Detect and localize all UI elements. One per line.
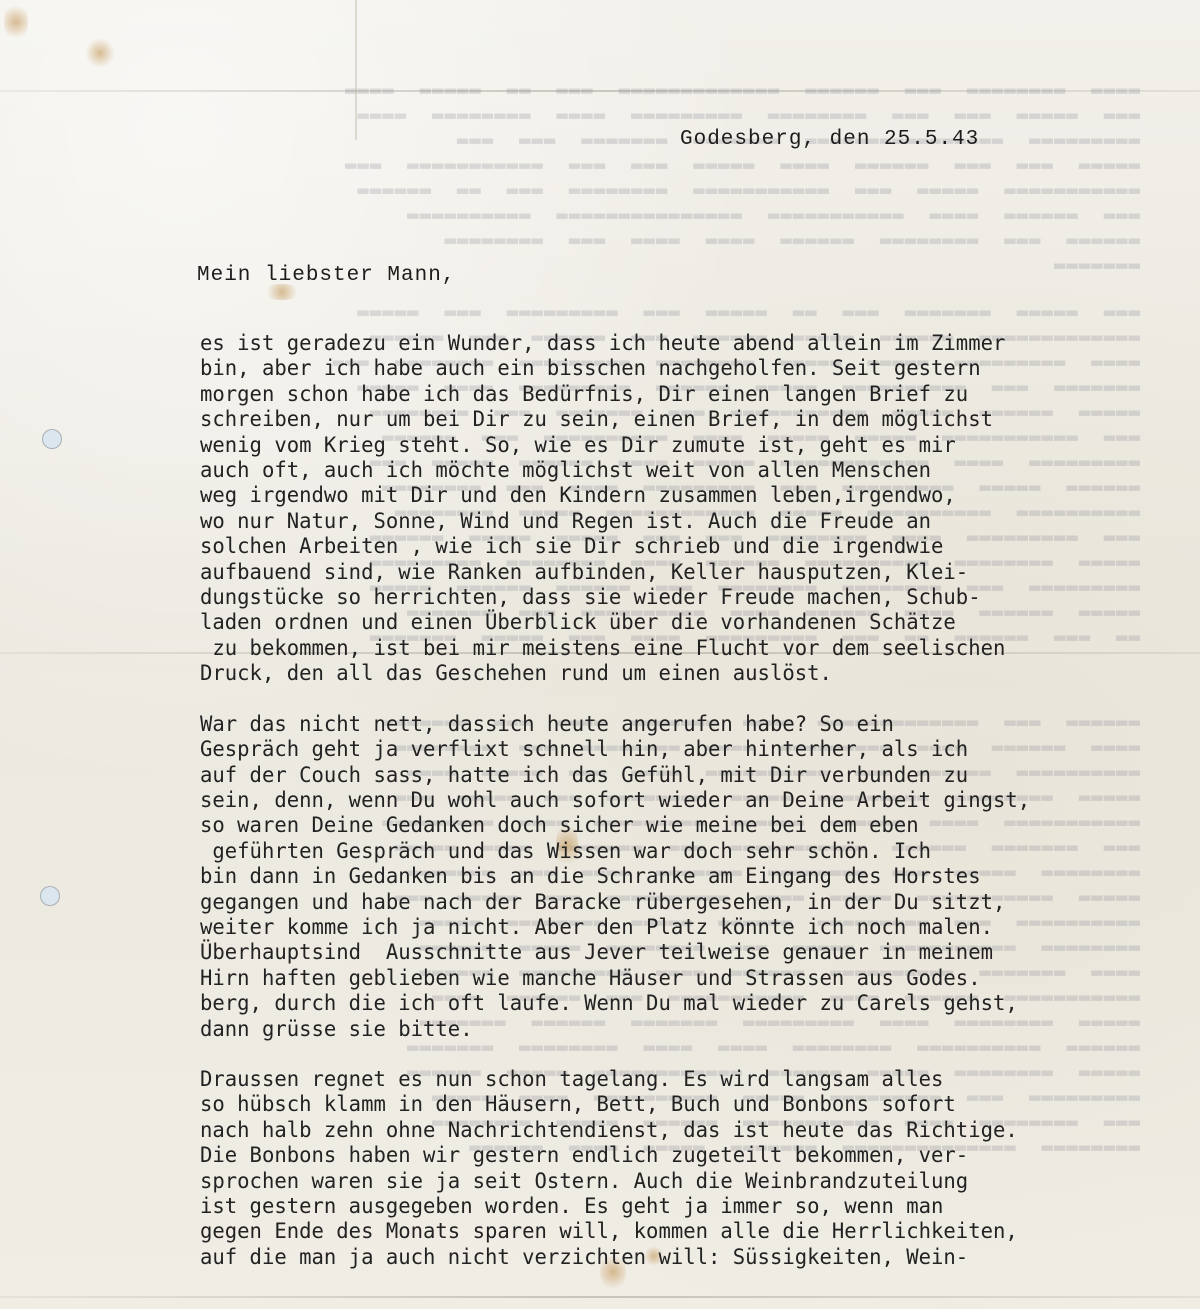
text-line: gegangen und habe nach der Baracke rüber… [200,890,1170,915]
text-line: auf die man ja auch nicht verzichten wil… [200,1245,1170,1270]
paper-fold-bottom [0,1296,1200,1298]
text-line: solchen Arbeiten , wie ich sie Dir schri… [200,534,1170,559]
text-line: wenig vom Krieg steht. So, wie es Dir zu… [200,433,1170,458]
paper-fold-top [0,90,1200,92]
salutation: Mein liebster Mann, [197,264,455,287]
text-line: sprochen waren sie ja seit Ostern. Auch … [200,1169,1170,1194]
letter-body: es ist geradezu ein Wunder, dass ich heu… [200,331,1170,1295]
text-line: bin dann in Gedanken bis an die Schranke… [200,864,1170,889]
text-line: Überhauptsind Ausschnitte aus Jever teil… [200,940,1170,965]
text-line: weg irgendwo mit Dir und den Kindern zus… [200,483,1170,508]
text-line: dungstücke so herrichten, dass sie wiede… [200,585,1170,610]
text-line: so waren Deine Gedanken doch sicher wie … [200,813,1170,838]
place-and-date: Godesberg, den 25.5.43 [680,128,979,151]
text-line: zu bekommen, ist bei mir meistens eine F… [200,636,1170,661]
text-line: wo nur Natur, Sonne, Wind und Regen ist.… [200,509,1170,534]
text-line: es ist geradezu ein Wunder, dass ich heu… [200,331,1170,356]
text-line: geführten Gespräch und das Wissen war do… [200,839,1170,864]
text-line: Gespräch geht ja verflixt schnell hin, a… [200,737,1170,762]
text-line: laden ordnen und einen Überblick über di… [200,610,1170,635]
text-line: nach halb zehn ohne Nachrichtendienst, d… [200,1118,1170,1143]
text-line: morgen schon habe ich das Bedürfnis, Dir… [200,382,1170,407]
paragraph-3: Draussen regnet es nun schon tagelang. E… [200,1067,1170,1270]
stain-spot [85,38,115,68]
text-line: schreiben, nur um bei Dir zu sein, einen… [200,407,1170,432]
text-line: War das nicht nett, dassich heute angeru… [200,712,1170,737]
stain-spot [4,2,28,42]
paper-crease-vertical [355,0,357,140]
text-line: Die Bonbons haben wir gestern endlich zu… [200,1143,1170,1168]
text-line: so hübsch klamm in den Häusern, Bett, Bu… [200,1092,1170,1117]
text-line: auch oft, auch ich möchte möglichst weit… [200,458,1170,483]
text-line: Hirn haften geblieben wie manche Häuser … [200,966,1170,991]
text-line: sein, denn, wenn Du wohl auch sofort wie… [200,788,1170,813]
text-line: berg, durch die ich oft laufe. Wenn Du m… [200,991,1170,1016]
text-line: Druck, den all das Geschehen rund um ein… [200,661,1170,686]
text-line: auf der Couch sass, hatte ich das Gefühl… [200,763,1170,788]
text-line: gegen Ende des Monats sparen will, komme… [200,1219,1170,1244]
text-line: weiter komme ich ja nicht. Aber den Plat… [200,915,1170,940]
punch-hole-lower [40,886,60,906]
paragraph-2: War das nicht nett, dassich heute angeru… [200,712,1170,1042]
paragraph-1: es ist geradezu ein Wunder, dass ich heu… [200,331,1170,687]
text-line: aufbauend sind, wie Ranken aufbinden, Ke… [200,560,1170,585]
text-line: bin, aber ich habe auch ein bisschen nac… [200,356,1170,381]
text-line: Draussen regnet es nun schon tagelang. E… [200,1067,1170,1092]
text-line: ist gestern ausgegeben worden. Es geht j… [200,1194,1170,1219]
text-line: dann grüsse sie bitte. [200,1017,1170,1042]
punch-hole-upper [42,429,62,449]
